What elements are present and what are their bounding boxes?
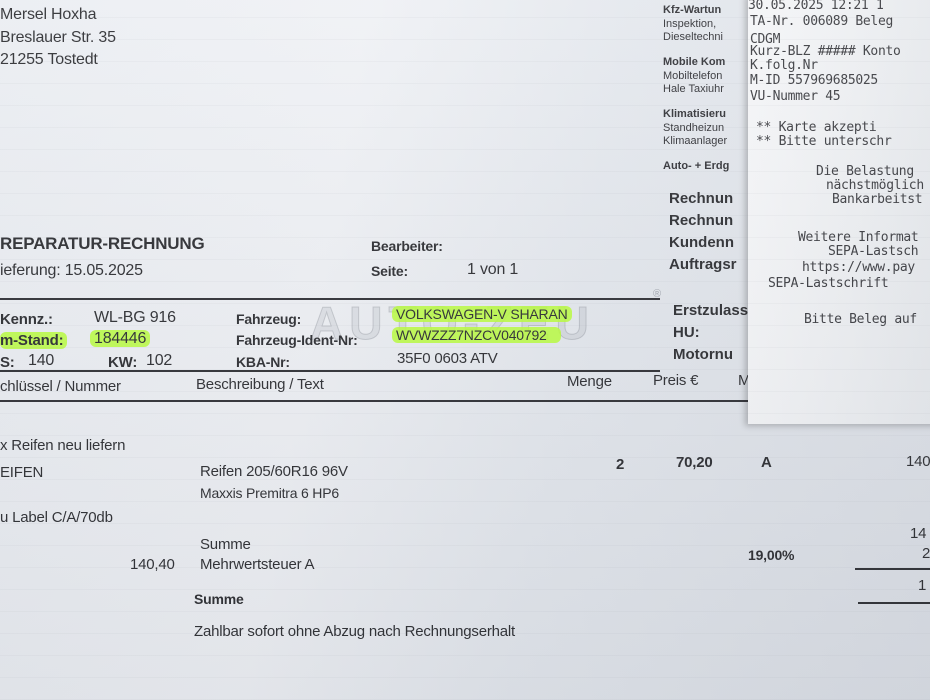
grand-sum-label: Summe: [194, 591, 244, 607]
document-title: REPARATUR-RECHNUNG: [0, 234, 204, 254]
service-line: Inspektion,: [663, 18, 716, 30]
vat-label: Mehrwertsteuer A: [200, 556, 314, 573]
services-sidebar: Kfz-Wartun Inspektion, Dieseltechni Mobi…: [663, 0, 753, 400]
item-total: 140: [906, 453, 930, 470]
service-line: Dieseltechni: [663, 31, 723, 43]
kba-label: KBA-Nr:: [236, 354, 290, 370]
sum-label: Summe: [200, 536, 251, 553]
vat-rate: 19,00%: [748, 547, 794, 563]
receipt-more: SEPA-Lastschrift: [768, 276, 888, 291]
sender-name: Mersel Hoxha: [0, 6, 96, 24]
col-header-qty: Menge: [567, 373, 612, 390]
vin-value: WVWZZZ7NZCV040792: [392, 327, 561, 343]
customer-number-label: Kundenn: [669, 234, 734, 251]
service-line: Standheizun: [663, 122, 724, 134]
item-description-2: Maxxis Premitra 6 HP6: [200, 485, 339, 501]
net-value: 140,40: [130, 556, 175, 573]
sender-street: Breslauer Str. 35: [0, 29, 116, 47]
item-vat-code: A: [761, 454, 772, 471]
kw-label: KW:: [108, 354, 137, 371]
delivery-label: ieferung: 15.05.2025: [0, 262, 143, 280]
delivery-date: 15.05.2025: [65, 262, 143, 279]
km-value: 184446: [90, 330, 150, 348]
km-label: m-Stand:: [0, 332, 67, 349]
first-registration-label: Erstzulass: [673, 302, 748, 319]
payment-terms: Zahlbar sofort ohne Abzug nach Rechnungs…: [194, 623, 515, 640]
right-sum-value: 14: [910, 525, 926, 542]
receipt-note: ** Karte akzepti: [756, 120, 876, 135]
service-heading: Klimatisieru: [663, 108, 726, 120]
receipt-info: Bankarbeitst: [832, 192, 922, 207]
receipt-note: ** Bitte unterschr: [756, 134, 891, 149]
receipt-info: nächstmöglich: [826, 178, 924, 193]
service-line: Mobiltelefon: [663, 70, 722, 82]
page-label: Seite:: [371, 263, 408, 279]
section-title: x Reifen neu liefern: [0, 437, 125, 454]
service-heading: Kfz-Wartun: [663, 4, 721, 16]
receipt-line: M-ID 557969685025: [750, 73, 878, 88]
item-note: u Label C/A/70db: [0, 509, 113, 526]
plate-value: WL-BG 916: [94, 309, 176, 327]
sender-city: 21255 Tostedt: [0, 51, 98, 69]
vin-label: Fahrzeug-Ident-Nr:: [236, 332, 358, 348]
vehicle-value: VOLKSWAGEN-V SHARAN: [392, 306, 572, 322]
hu-label: HU:: [673, 324, 700, 341]
receipt-more: Weitere Informat: [798, 230, 918, 245]
total-double-underline: [858, 602, 930, 604]
receipt-info: Die Belastung: [816, 164, 914, 179]
invoice-paper: Mersel Hoxha Breslauer Str. 35 21255 Tos…: [0, 0, 930, 700]
receipt-line: 30.05.2025 12:21 1: [748, 0, 883, 13]
col-header-description: Beschreibung / Text: [196, 376, 324, 393]
vehicle-label: Fahrzeug:: [236, 311, 301, 327]
receipt-footer: Bitte Beleg auf: [804, 312, 917, 327]
item-price: 70,20: [676, 454, 713, 471]
service-heading: Auto- + Erdg: [663, 160, 729, 172]
kw-value: 102: [146, 352, 172, 370]
order-number-label: Auftragsr: [669, 256, 737, 273]
invoice-date-label: Rechnun: [669, 212, 733, 229]
receipt-more: SEPA-Lastsch: [828, 244, 918, 259]
plate-label: Kennz.:: [0, 311, 53, 328]
kba-value: 35F0 0603 ATV: [397, 350, 498, 367]
editor-label: Bearbeiter:: [371, 238, 443, 254]
divider: [0, 400, 752, 402]
item-qty: 2: [616, 456, 624, 473]
invoice-number-label: Rechnun: [669, 190, 733, 207]
total-underline: [855, 568, 930, 570]
item-key: EIFEN: [0, 464, 43, 481]
receipt-line: K.folg.Nr: [750, 58, 818, 73]
divider: [0, 370, 660, 372]
right-total-value: 1: [918, 577, 926, 594]
col-header-key: chlüssel / Nummer: [0, 378, 121, 395]
receipt-link: https://www.pay: [802, 260, 915, 275]
receipt-line: Kurz-BLZ ##### Konto: [750, 44, 901, 59]
registered-mark-icon: ®: [653, 288, 661, 300]
page-value: 1 von 1: [467, 261, 518, 279]
item-description: Reifen 205/60R16 96V: [200, 463, 348, 480]
ps-label: S:: [0, 354, 15, 371]
right-vat-value: 2: [922, 545, 930, 562]
service-heading: Mobile Kom: [663, 56, 725, 68]
service-line: Hale Taxiuhr: [663, 83, 724, 95]
engine-number-label: Motornu: [673, 346, 733, 363]
service-line: Klimaanlager: [663, 135, 727, 147]
card-receipt: 30.05.2025 12:21 1 TA-Nr. 006089 Beleg C…: [748, 0, 930, 424]
col-header-price: Preis €: [653, 372, 698, 389]
ps-value: 140: [28, 352, 54, 370]
receipt-line: VU-Nummer 45: [750, 89, 840, 104]
receipt-line: TA-Nr. 006089 Beleg: [750, 14, 893, 29]
